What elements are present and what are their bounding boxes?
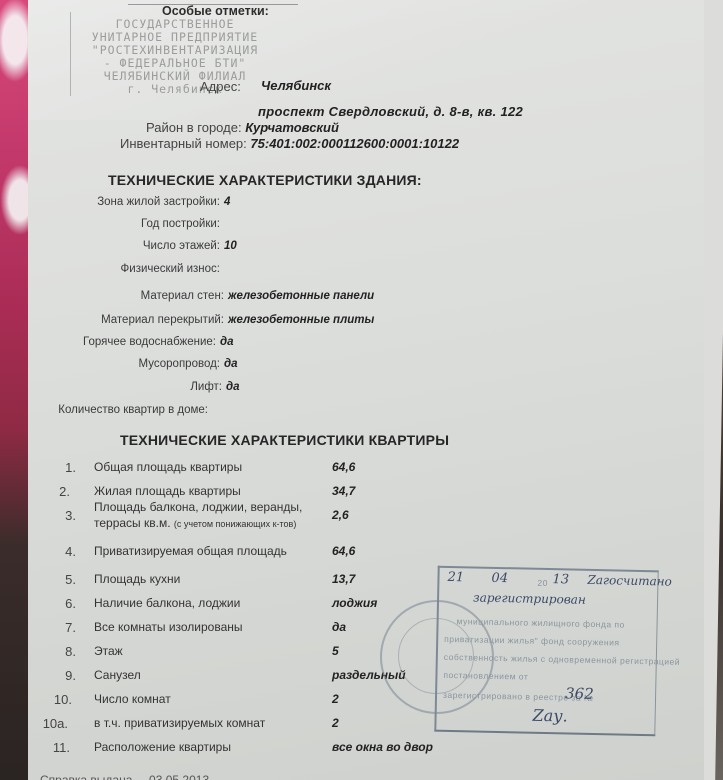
stamp-print-line: муниципального жилищного фонда по (457, 616, 625, 630)
apartment-row-label: в т.ч. приватизируемых комнат (94, 716, 265, 730)
apartment-row-number: 7. (28, 620, 76, 635)
address-street: проспект Свердловский, д. 8-в, кв. 122 (258, 104, 523, 119)
apartment-row-number: 10а. (20, 716, 68, 731)
apartment-row-label: Наличие балкона, лоджии (94, 596, 240, 610)
apartment-row-value: 2 (332, 692, 339, 706)
building-row: Материал стен:железобетонные панели (0, 290, 374, 302)
building-row: Число этажей:10 (0, 240, 237, 252)
apartment-row-value: 64,6 (332, 544, 355, 558)
stamp-print-line: собственность жилья с одновременной реги… (444, 652, 680, 667)
address-label: Адрес: (200, 79, 241, 94)
stamp-signature: Zaу. (532, 706, 567, 726)
address-city: Челябинск (261, 78, 331, 93)
building-row: Горячее водоснабжение:да (0, 336, 234, 348)
apartment-row-number: 10. (24, 692, 72, 707)
stamp-print-line: приватизации жилья" фонд сооружения (444, 634, 619, 648)
apartment-row-label-2-main: террасы кв.м. (94, 516, 171, 530)
building-row-value: 10 (224, 240, 237, 252)
apartment-section-title: ТЕХНИЧЕСКИЕ ХАРАКТЕРИСТИКИ КВАРТИРЫ (120, 432, 449, 448)
apartment-row-value: 13,7 (332, 572, 355, 586)
building-row-value: железобетонные плиты (228, 314, 374, 326)
stamp-handwritten-1: Zaгосчитано (587, 573, 672, 589)
bti-stamp-line: г. Челябинск (71, 83, 279, 96)
building-row-label: Мусоропровод: (0, 358, 220, 370)
building-row-label: Физический износ: (0, 263, 220, 275)
district-value: Курчатовский (245, 120, 339, 135)
building-row-label: Количество квартир в доме: (0, 404, 208, 416)
district-field: Район в городе: Курчатовский (146, 120, 339, 135)
inventory-label: Инвентарный номер: (120, 136, 247, 151)
building-row-value: да (220, 336, 234, 348)
stamp-month: 04 (491, 571, 508, 586)
building-row: Год постройки: (0, 218, 224, 230)
registration-stamp: 21 04 20 13 Zaгосчитано зарегистрирован … (434, 566, 658, 737)
apartment-row-label: Санузел (94, 668, 141, 682)
building-row: Количество квартир в доме: (0, 404, 212, 416)
apartment-row-label: Все комнаты изолированы (94, 620, 243, 634)
building-row-label: Материал стен: (0, 290, 224, 302)
bti-stamp: ГОСУДАРСТВЕННОЕ УНИТАРНОЕ ПРЕДПРИЯТИЕ "Р… (70, 12, 279, 96)
apartment-row-value: все окна во двор (332, 740, 433, 754)
building-row-label: Зона жилой застройки: (0, 196, 220, 208)
bottom-partial-text: Справка выдана ... 03.05.2013 (40, 773, 209, 780)
apartment-row-label: Этаж (94, 644, 123, 658)
building-row-value: железобетонные панели (228, 290, 374, 302)
apartment-row-label-2-note: (с учетом понижающих к-тов) (174, 519, 296, 529)
apartment-row-number: 1. (28, 460, 76, 475)
apartment-row-value: 2,6 (332, 508, 349, 522)
apartment-row-value: да (332, 620, 346, 634)
building-row-label: Год постройки: (0, 218, 220, 230)
inventory-value: 75:401:002:000112600:0001:10122 (250, 136, 459, 151)
building-row-value: 4 (224, 196, 230, 208)
building-section-title: ТЕХНИЧЕСКИЕ ХАРАКТЕРИСТИКИ ЗДАНИЯ: (108, 172, 422, 188)
apartment-row-label-2: террасы кв.м. (с учетом понижающих к-тов… (94, 516, 296, 530)
building-row: Зона жилой застройки:4 (0, 196, 230, 208)
apartment-row-label: Площадь балкона, лоджии, веранды, (94, 500, 302, 514)
stamp-year-prefix: 20 (537, 578, 548, 588)
apartment-row-value: лоджия (332, 596, 377, 610)
building-row-label: Число этажей: (0, 240, 220, 252)
building-row: Материал перекрытий:железобетонные плиты (0, 314, 374, 326)
apartment-row-value: 5 (332, 644, 339, 658)
stamp-day: 21 (447, 570, 464, 585)
building-row-label: Лифт: (0, 381, 222, 393)
apartment-row-label: Площадь кухни (94, 572, 180, 586)
apartment-row-number: 3. (28, 508, 76, 523)
apartment-row-value: 2 (332, 716, 339, 730)
stamp-handwritten-2: зарегистрирован (473, 590, 586, 606)
apartment-row-number: 5. (28, 572, 76, 587)
apartment-row-label: Общая площадь квартиры (94, 460, 242, 474)
apartment-row-value: 34,7 (332, 484, 355, 498)
apartment-row-number: 9. (28, 668, 76, 683)
building-row: Лифт:да (0, 381, 240, 393)
apartment-row-number: 2. (22, 484, 70, 499)
apartment-row-label: Жилая площадь квартиры (94, 484, 241, 498)
building-row-label: Горячее водоснабжение: (0, 336, 216, 348)
inventory-field: Инвентарный номер: 75:401:002:000112600:… (120, 136, 459, 151)
building-row: Мусоропровод:да (0, 358, 238, 370)
building-row: Физический износ: (0, 263, 224, 275)
apartment-row-number: 4. (28, 544, 76, 559)
district-label: Район в городе: (146, 120, 242, 135)
apartment-row-label: Приватизируемая общая площадь (94, 544, 287, 558)
stamp-print-line: постановлением от (443, 670, 528, 682)
apartment-row-label: Расположение квартиры (94, 740, 231, 754)
stamp-registry-number: 362 (565, 684, 594, 703)
building-row-value: да (226, 381, 240, 393)
apartment-row-number: 8. (28, 644, 76, 659)
stamp-year: 13 (552, 572, 569, 587)
technical-passport-page: Особые отметки: ГОСУДАРСТВЕННОЕ УНИТАРНО… (28, 0, 704, 780)
building-row-label: Материал перекрытий: (0, 314, 224, 326)
apartment-row-value: 64,6 (332, 460, 355, 474)
apartment-row-number: 6. (28, 596, 76, 611)
apartment-row-label: Число комнат (94, 692, 171, 706)
building-row-value: да (224, 358, 238, 370)
apartment-row-number: 11. (22, 740, 70, 755)
